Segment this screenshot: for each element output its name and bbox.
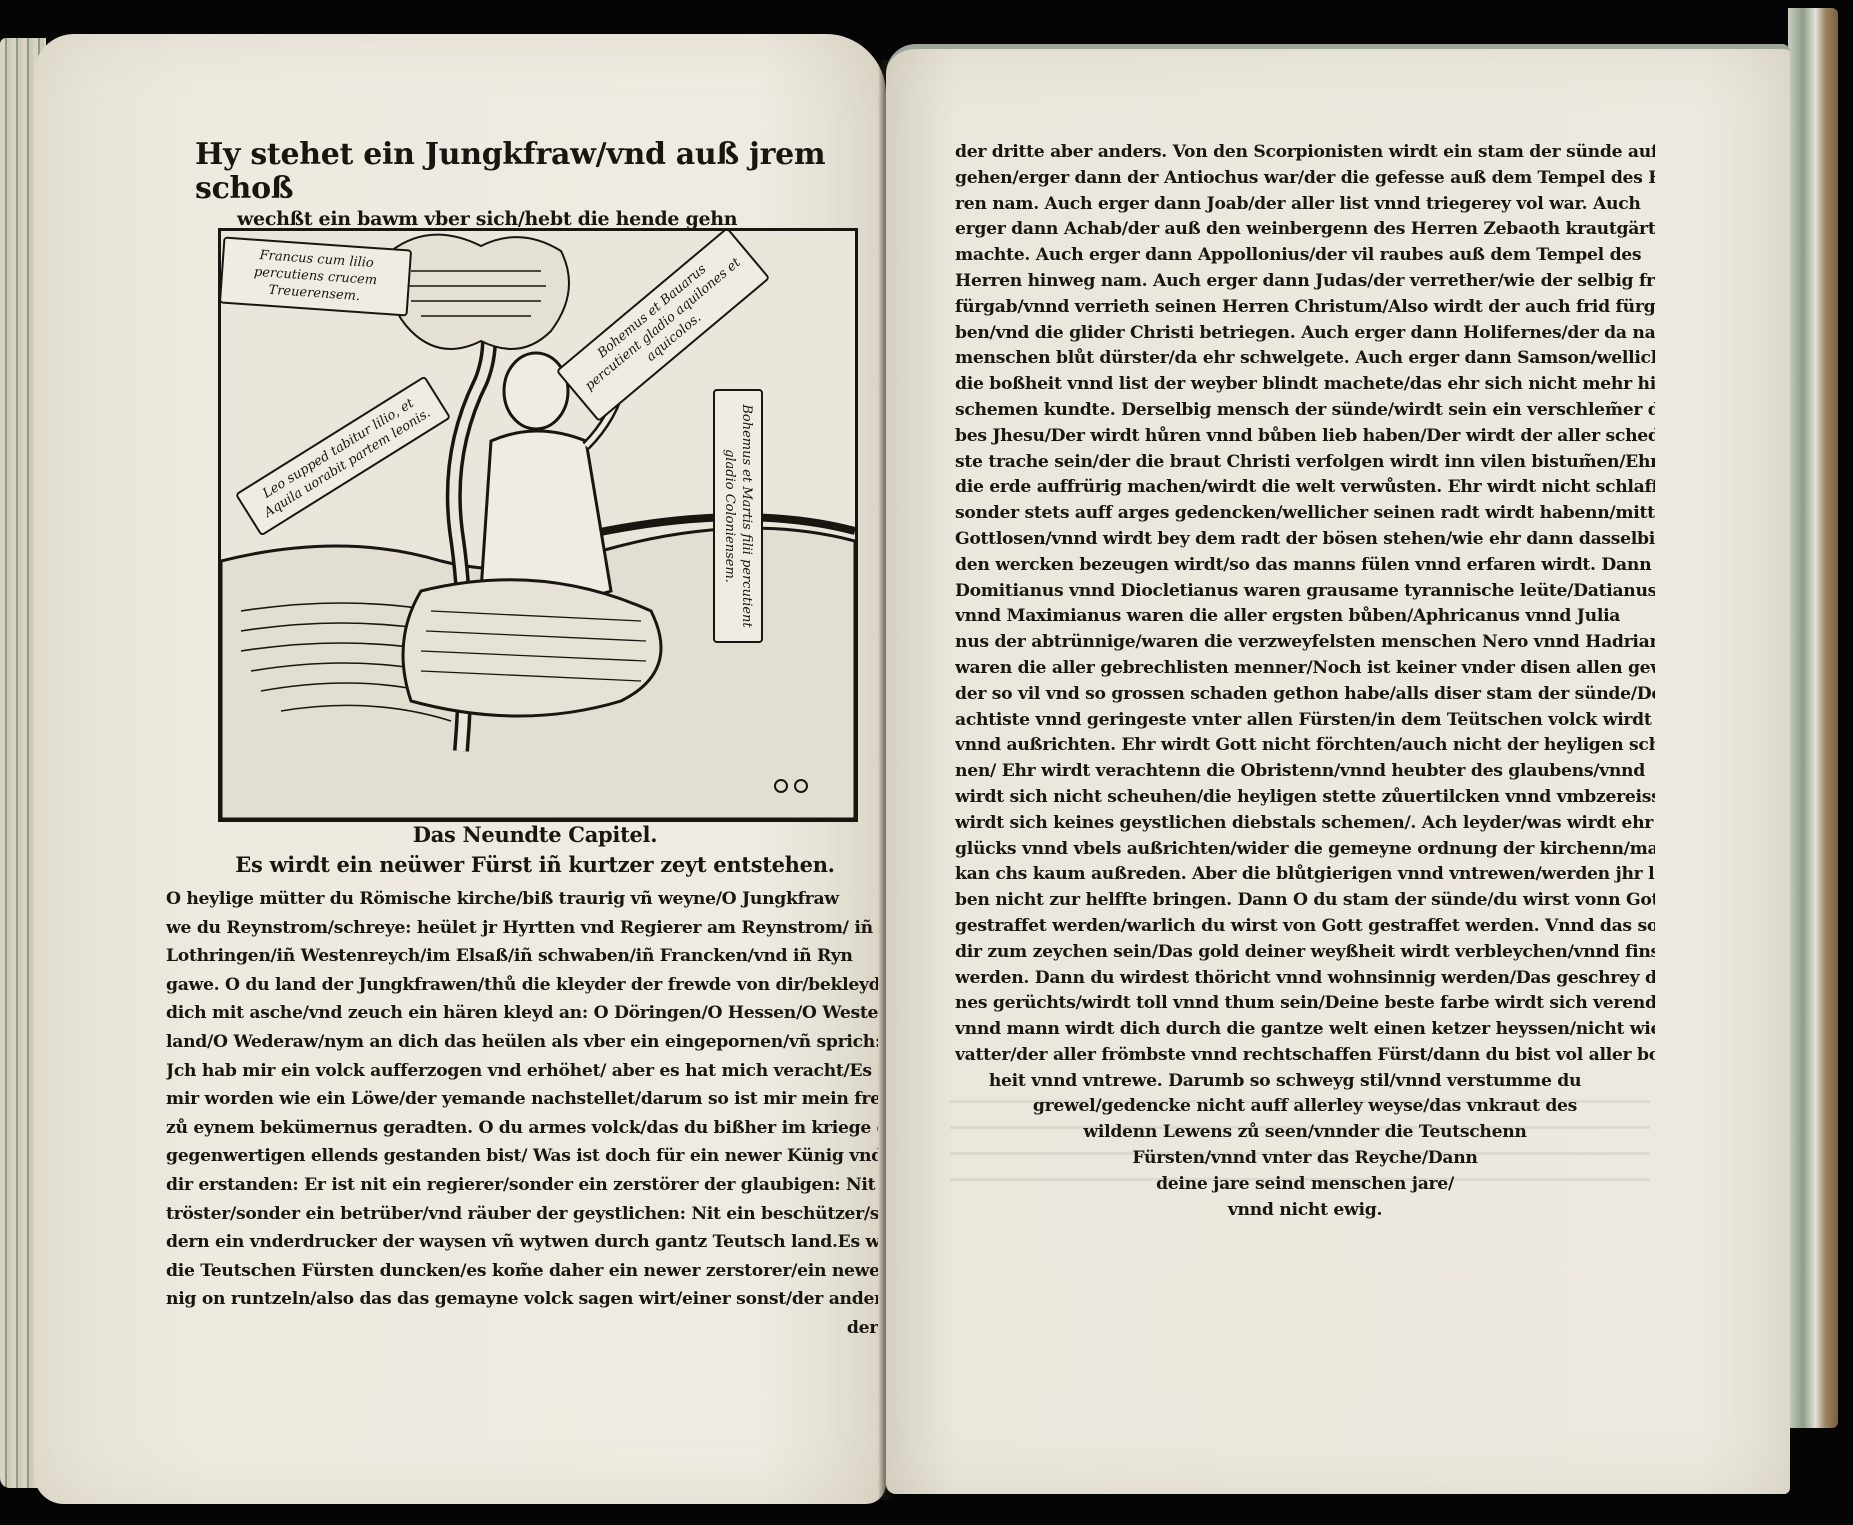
- banner-francus: Francus cum lilio percutiens crucem Treu…: [219, 236, 412, 316]
- text-line: gegenwertigen ellends gestanden bist/ Wa…: [166, 1142, 878, 1171]
- text-line: wirdt sich nicht scheuhen/die heyligen s…: [955, 785, 1655, 811]
- text-line: waren die aller gebrechlisten menner/Noc…: [955, 656, 1655, 682]
- text-line: machte. Auch erger dann Appollonius/der …: [955, 243, 1655, 269]
- text-line: ste trache sein/der die braut Christi ve…: [955, 450, 1655, 476]
- text-line: ben/vnd die glider Christi betriegen. Au…: [955, 321, 1655, 347]
- tail-line: vnnd nicht ewig.: [955, 1198, 1655, 1224]
- text-line: tröster/sonder ein betrüber/vnd räuber d…: [166, 1200, 878, 1229]
- text-line: vatter/der aller frömbste vnnd rechtscha…: [955, 1043, 1655, 1069]
- text-line: die Teutschen Fürsten duncken/es kom̃e d…: [166, 1257, 878, 1286]
- text-line: Gottlosen/vnnd wirdt bey dem radt der bö…: [955, 527, 1655, 553]
- chapter-title: Das Neundte Capitel.: [218, 820, 852, 850]
- text-line: dir erstanden: Er ist nit ein regierer/s…: [166, 1171, 878, 1200]
- text-line: we du Reynstrom/schreye: heület jr Hyrtt…: [166, 914, 878, 943]
- text-line: Herren hinweg nam. Auch erger dann Judas…: [955, 269, 1655, 295]
- chapter-subtitle: Es wirdt ein neüwer Fürst iñ kurtzer zey…: [218, 850, 852, 880]
- catchword: der: [166, 1314, 878, 1343]
- text-line: vnnd mann wirdt dich durch die gantze we…: [955, 1017, 1655, 1043]
- tail-line: grewel/gedencke nicht auff allerley weys…: [955, 1094, 1655, 1120]
- right-page-stack-edge: [1788, 8, 1838, 1428]
- open-book: Hy stehet ein Jungkfraw/vnd auß jrem sch…: [0, 0, 1853, 1525]
- text-line: nus der abtrünnige/waren die verzweyfels…: [955, 630, 1655, 656]
- text-line: dir zum zeychen sein/Das gold deiner wey…: [955, 940, 1655, 966]
- text-line: nig on runtzeln/also das das gemayne vol…: [166, 1285, 878, 1314]
- text-line: den wercken bezeugen wirdt/so das manns …: [955, 553, 1655, 579]
- tail-line: heit vnnd vntrewe. Darumb so schweyg sti…: [955, 1069, 1655, 1095]
- text-line: mir worden wie ein Löwe/der yemande nach…: [166, 1085, 878, 1114]
- tail-line: wildenn Lewens zů seen/vnnder die Teutsc…: [955, 1120, 1655, 1146]
- text-line: Lothringen/iñ Westenreych/im Elsaß/iñ sc…: [166, 942, 878, 971]
- text-line: die erde auffrürig machen/wirdt die welt…: [955, 475, 1655, 501]
- right-page-body: der dritte aber anders. Von den Scorpion…: [955, 140, 1655, 1223]
- text-line: vnnd außrichten. Ehr wirdt Gott nicht fö…: [955, 733, 1655, 759]
- text-line: sonder stets auff arges gedencken/wellic…: [955, 501, 1655, 527]
- text-line: land/O Wederaw/nym an dich das heülen al…: [166, 1028, 878, 1057]
- tail-line: deine jare seind menschen jare/: [955, 1172, 1655, 1198]
- text-line: fürgab/vnnd verrieth seinen Herren Chris…: [955, 295, 1655, 321]
- banner-bohemus-martis: Bohemus et Martis filii percutient gladi…: [713, 389, 763, 643]
- text-line: zů eynem bekümernus geradten. O du armes…: [166, 1114, 878, 1143]
- text-line: glücks vnnd vbels außrichten/wider die g…: [955, 837, 1655, 863]
- text-line: die boßheit vnnd list der weyber blindt …: [955, 372, 1655, 398]
- text-line: gestraffet werden/warlich du wirst von G…: [955, 914, 1655, 940]
- text-line: nen/ Ehr wirdt verachtenn die Obristenn/…: [955, 759, 1655, 785]
- text-line: menschen blůt dürster/da ehr schwelgete.…: [955, 346, 1655, 372]
- text-line: ben nicht zur helffte bringen. Dann O du…: [955, 888, 1655, 914]
- text-line: nes gerüchts/wirdt toll vnnd thum sein/D…: [955, 991, 1655, 1017]
- text-line: kan chs kaum außreden. Aber die blůtgier…: [955, 862, 1655, 888]
- text-line: Domitianus vnnd Diocletianus waren graus…: [955, 579, 1655, 605]
- text-line: dich mit asche/vnd zeuch ein hären kleyd…: [166, 999, 878, 1028]
- caption-line-1: Hy stehet ein Jungkfraw/vnd auß jrem sch…: [195, 138, 835, 206]
- text-line: gawe. O du land der Jungkfrawen/thů die …: [166, 971, 878, 1000]
- text-line: O heylige mütter du Römische kirche/biß …: [166, 885, 878, 914]
- woodcut-illustration: Francus cum lilio percutiens crucem Treu…: [218, 228, 858, 822]
- text-line: Jch hab mir ein volck aufferzogen vnd er…: [166, 1057, 878, 1086]
- text-line: ren nam. Auch erger dann Joab/der aller …: [955, 192, 1655, 218]
- text-line: gehen/erger dann der Antiochus war/der d…: [955, 166, 1655, 192]
- text-line: werden. Dann du wirdest thöricht vnnd wo…: [955, 966, 1655, 992]
- text-line: wirdt sich keines geystlichen diebstals …: [955, 811, 1655, 837]
- left-page-body: O heylige mütter du Römische kirche/biß …: [166, 885, 878, 1343]
- tail-piece-text: heit vnnd vntrewe. Darumb so schweyg sti…: [955, 1069, 1655, 1224]
- text-line: vnnd Maximianus waren die aller ergsten …: [955, 604, 1655, 630]
- text-line: erger dann Achab/der auß den weinbergenn…: [955, 217, 1655, 243]
- text-line: der dritte aber anders. Von den Scorpion…: [955, 140, 1655, 166]
- text-line: der so vil vnd so grossen schaden gethon…: [955, 682, 1655, 708]
- text-line: dern ein vnderdrucker der waysen vñ wytw…: [166, 1228, 878, 1257]
- text-line: schemen kundte. Derselbig mensch der sün…: [955, 398, 1655, 424]
- text-line: achtiste vnnd geringeste vnter allen Für…: [955, 708, 1655, 734]
- text-line: bes Jhesu/Der wirdt hůren vnnd bůben lie…: [955, 424, 1655, 450]
- tail-line: Fürsten/vnnd vnter das Reyche/Dann: [955, 1146, 1655, 1172]
